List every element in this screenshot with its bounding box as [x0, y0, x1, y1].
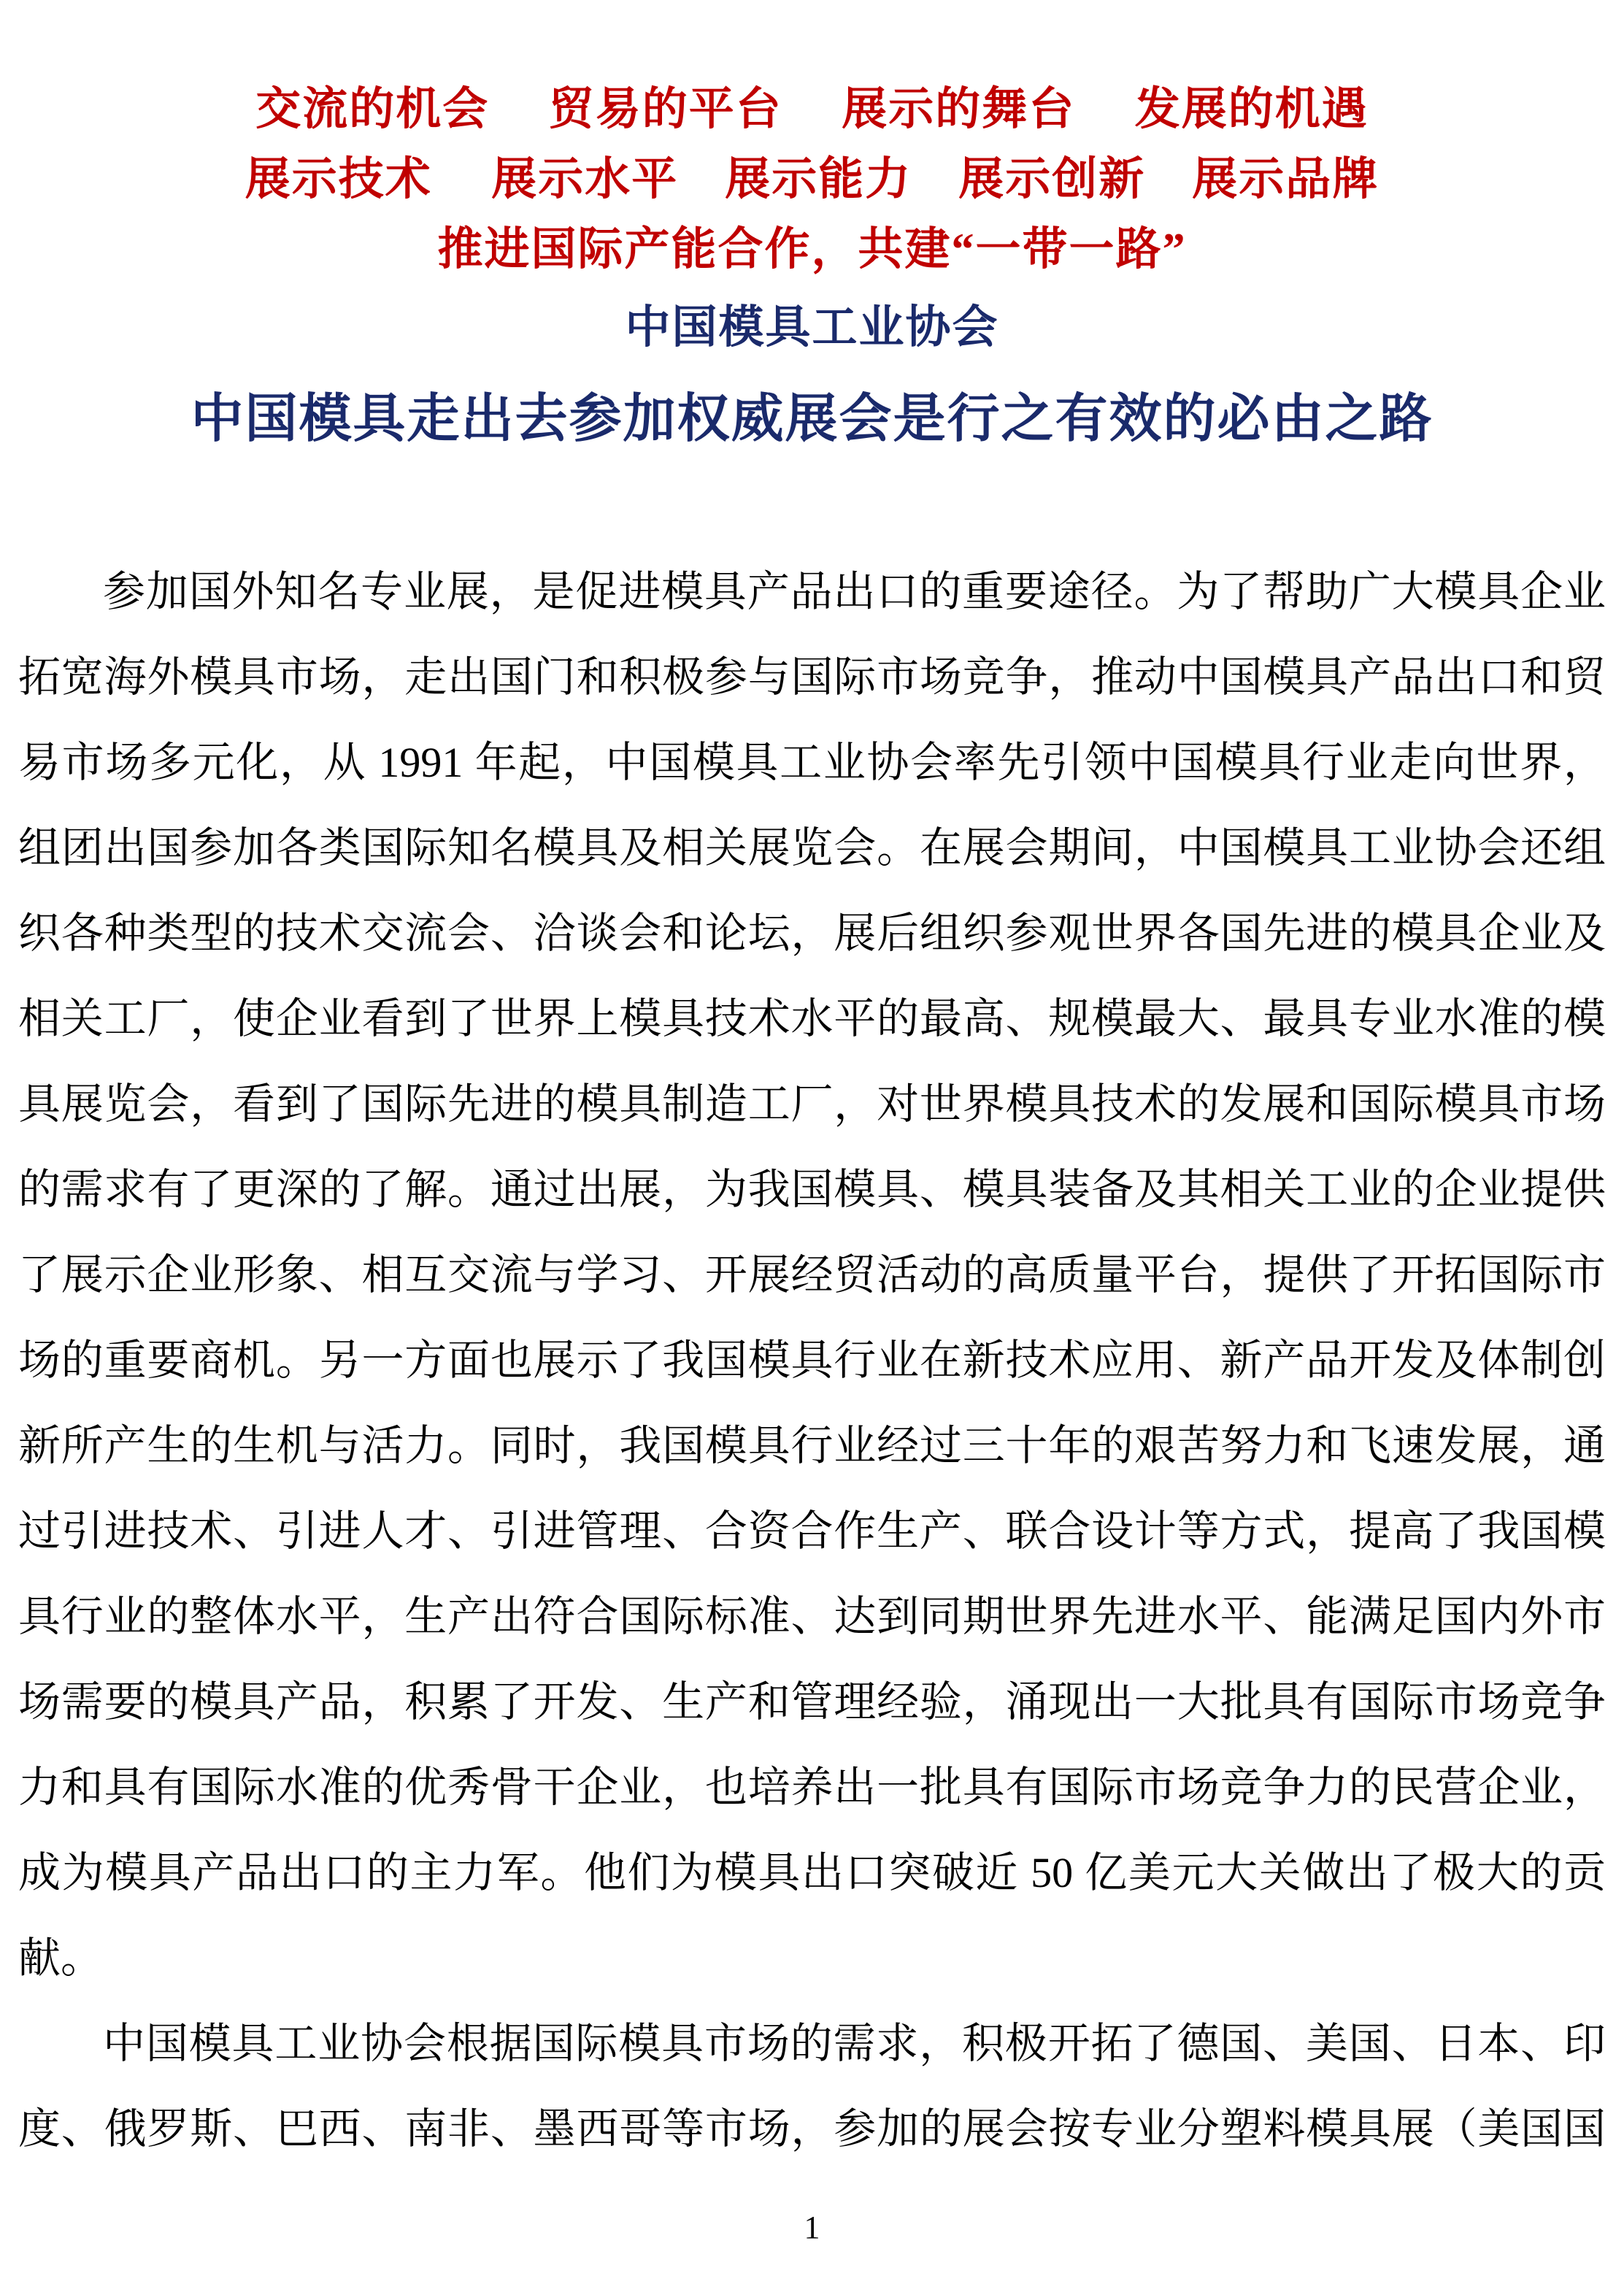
page-number: 1: [0, 2210, 1624, 2246]
document-page: 交流的机会 贸易的平台 展示的舞台 发展的机遇 展示技术 展示水平 展示能力 展…: [0, 0, 1624, 2284]
slogan-line-3: 推进国际产能合作，共建“一带一路”: [0, 215, 1624, 285]
body-text: 参加国外知名专业展，是促进模具产品出口的重要途径。为了帮助广大模具企业拓宽海外模…: [18, 549, 1606, 2172]
body-line: 易市场多元化，从 1991 年起，中国模具工业协会率先引领中国模具行业走向世界，: [18, 720, 1606, 805]
slogan-line-1: 交流的机会 贸易的平台 展示的舞台 发展的机遇: [0, 74, 1624, 145]
body-line: 力和具有国际水准的优秀骨干企业，也培养出一批具有国际市场竞争力的民营企业，: [18, 1745, 1606, 1830]
body-line: 度、俄罗斯、巴西、南非、墨西哥等市场，参加的展会按专业分塑料模具展（美国国: [18, 2086, 1606, 2172]
body-line: 的需求有了更深的了解。通过出展，为我国模具、模具装备及其相关工业的企业提供: [18, 1147, 1606, 1232]
body-line: 了展示企业形象、相互交流与学习、开展经贸活动的高质量平台，提供了开拓国际市: [18, 1232, 1606, 1318]
body-line: 中国模具工业协会根据国际模具市场的需求，积极开拓了德国、美国、日本、印: [18, 2001, 1606, 2086]
body-line: 相关工厂，使企业看到了世界上模具技术水平的最高、规模最大、最具专业水准的模: [18, 976, 1606, 1061]
body-line: 新所产生的生机与活力。同时，我国模具行业经过三十年的艰苦努力和飞速发展，通: [18, 1403, 1606, 1488]
body-line: 成为模具产品出口的主力军。他们为模具出口突破近 50 亿美元大关做出了极大的贡: [18, 1830, 1606, 1915]
document-header: 交流的机会 贸易的平台 展示的舞台 发展的机遇 展示技术 展示水平 展示能力 展…: [0, 0, 1624, 467]
body-line: 织各种类型的技术交流会、洽谈会和论坛，展后组织参观世界各国先进的模具企业及: [18, 891, 1606, 976]
body-line: 场需要的模具产品，积累了开发、生产和管理经验，涌现出一大批具有国际市场竞争: [18, 1659, 1606, 1745]
body-line: 具行业的整体水平，生产出符合国际标准、达到同期世界先进水平、能满足国内外市: [18, 1574, 1606, 1659]
slogan-line-2: 展示技术 展示水平 展示能力 展示创新 展示品牌: [0, 145, 1624, 215]
body-line: 场的重要商机。另一方面也展示了我国模具行业在新技术应用、新产品开发及体制创: [18, 1318, 1606, 1403]
body-line: 过引进技术、引进人才、引进管理、合资合作生产、联合设计等方式，提高了我国模: [18, 1488, 1606, 1574]
body-line: 具展览会，看到了国际先进的模具制造工厂，对世界模具技术的发展和国际模具市场: [18, 1061, 1606, 1147]
organization-name: 中国模具工业协会: [0, 285, 1624, 371]
body-line: 组团出国参加各类国际知名模具及相关展览会。在展会期间，中国模具工业协会还组: [18, 805, 1606, 891]
body-line: 参加国外知名专业展，是促进模具产品出口的重要途径。为了帮助广大模具企业: [18, 549, 1606, 634]
document-title: 中国模具走出去参加权威展会是行之有效的必由之路: [0, 371, 1624, 467]
body-line: 拓宽海外模具市场，走出国门和积极参与国际市场竞争，推动中国模具产品出口和贸: [18, 634, 1606, 720]
body-line: 献。: [18, 1915, 1606, 2001]
